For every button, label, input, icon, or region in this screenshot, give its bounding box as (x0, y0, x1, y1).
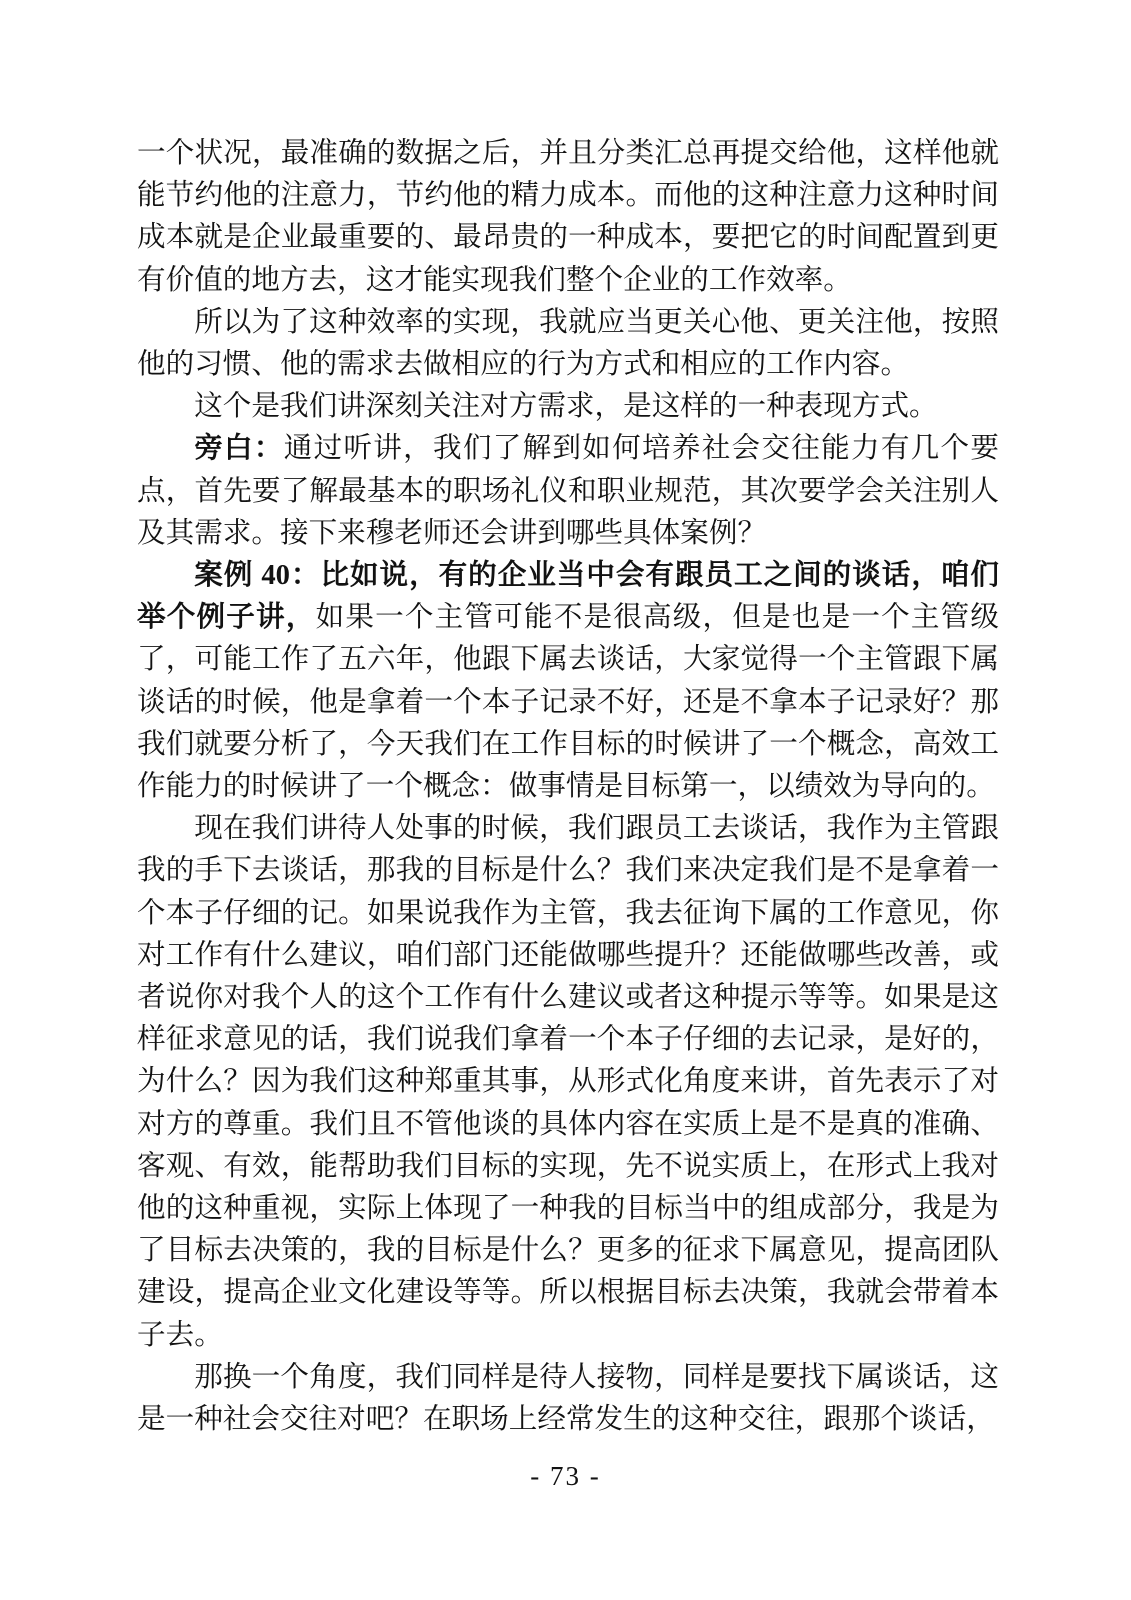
document-page: 一个状况，最准确的数据之后，并且分类汇总再提交给他，这样他就能节约他的注意力，节… (0, 0, 1131, 1600)
para-attention-cost: 一个状况，最准确的数据之后，并且分类汇总再提交给他，这样他就能节约他的注意力，节… (137, 133, 999, 302)
paragraph-text: 那换一个角度，我们同样是待人接物，同样是要找下属谈话，这是一种社会交往对吧？在职… (137, 1362, 999, 1435)
paragraph-text: 现在我们讲待人处事的时候，我们跟员工去谈话，我作为主管跟我的手下去谈话，那我的目… (137, 813, 999, 1350)
paragraph-text: 这个是我们讲深刻关注对方需求，是这样的一种表现方式。 (194, 391, 937, 422)
page-number: - 73 - (0, 1460, 1131, 1492)
para-case-40: 案例 40：比如说，有的企业当中会有跟员工之间的谈话，咱们举个例子讲，如果一个主… (137, 555, 999, 808)
para-angle-shift: 那换一个角度，我们同样是待人接物，同样是要找下属谈话，这是一种社会交往对吧？在职… (137, 1357, 999, 1441)
para-narrator-aside: 旁白：通过听讲，我们了解到如何培养社会交往能力有几个要点，首先要了解最基本的职场… (137, 428, 999, 555)
paragraph-text: 所以为了这种效率的实现，我就应当更关心他、更关注他，按照他的习惯、他的需求去做相… (137, 307, 999, 380)
paragraph-text: 一个状况，最准确的数据之后，并且分类汇总再提交给他，这样他就能节约他的注意力，节… (137, 138, 999, 296)
para-notebook-analysis: 现在我们讲待人处事的时候，我们跟员工去谈话，我作为主管跟我的手下去谈话，那我的目… (137, 808, 999, 1357)
page-body-text: 一个状况，最准确的数据之后，并且分类汇总再提交给他，这样他就能节约他的注意力，节… (137, 133, 999, 1441)
para-summary-line: 这个是我们讲深刻关注对方需求，是这样的一种表现方式。 (137, 386, 999, 428)
narrator-label: 旁白： (194, 433, 284, 464)
para-efficiency-focus: 所以为了这种效率的实现，我就应当更关心他、更关注他，按照他的习惯、他的需求去做相… (137, 302, 999, 386)
